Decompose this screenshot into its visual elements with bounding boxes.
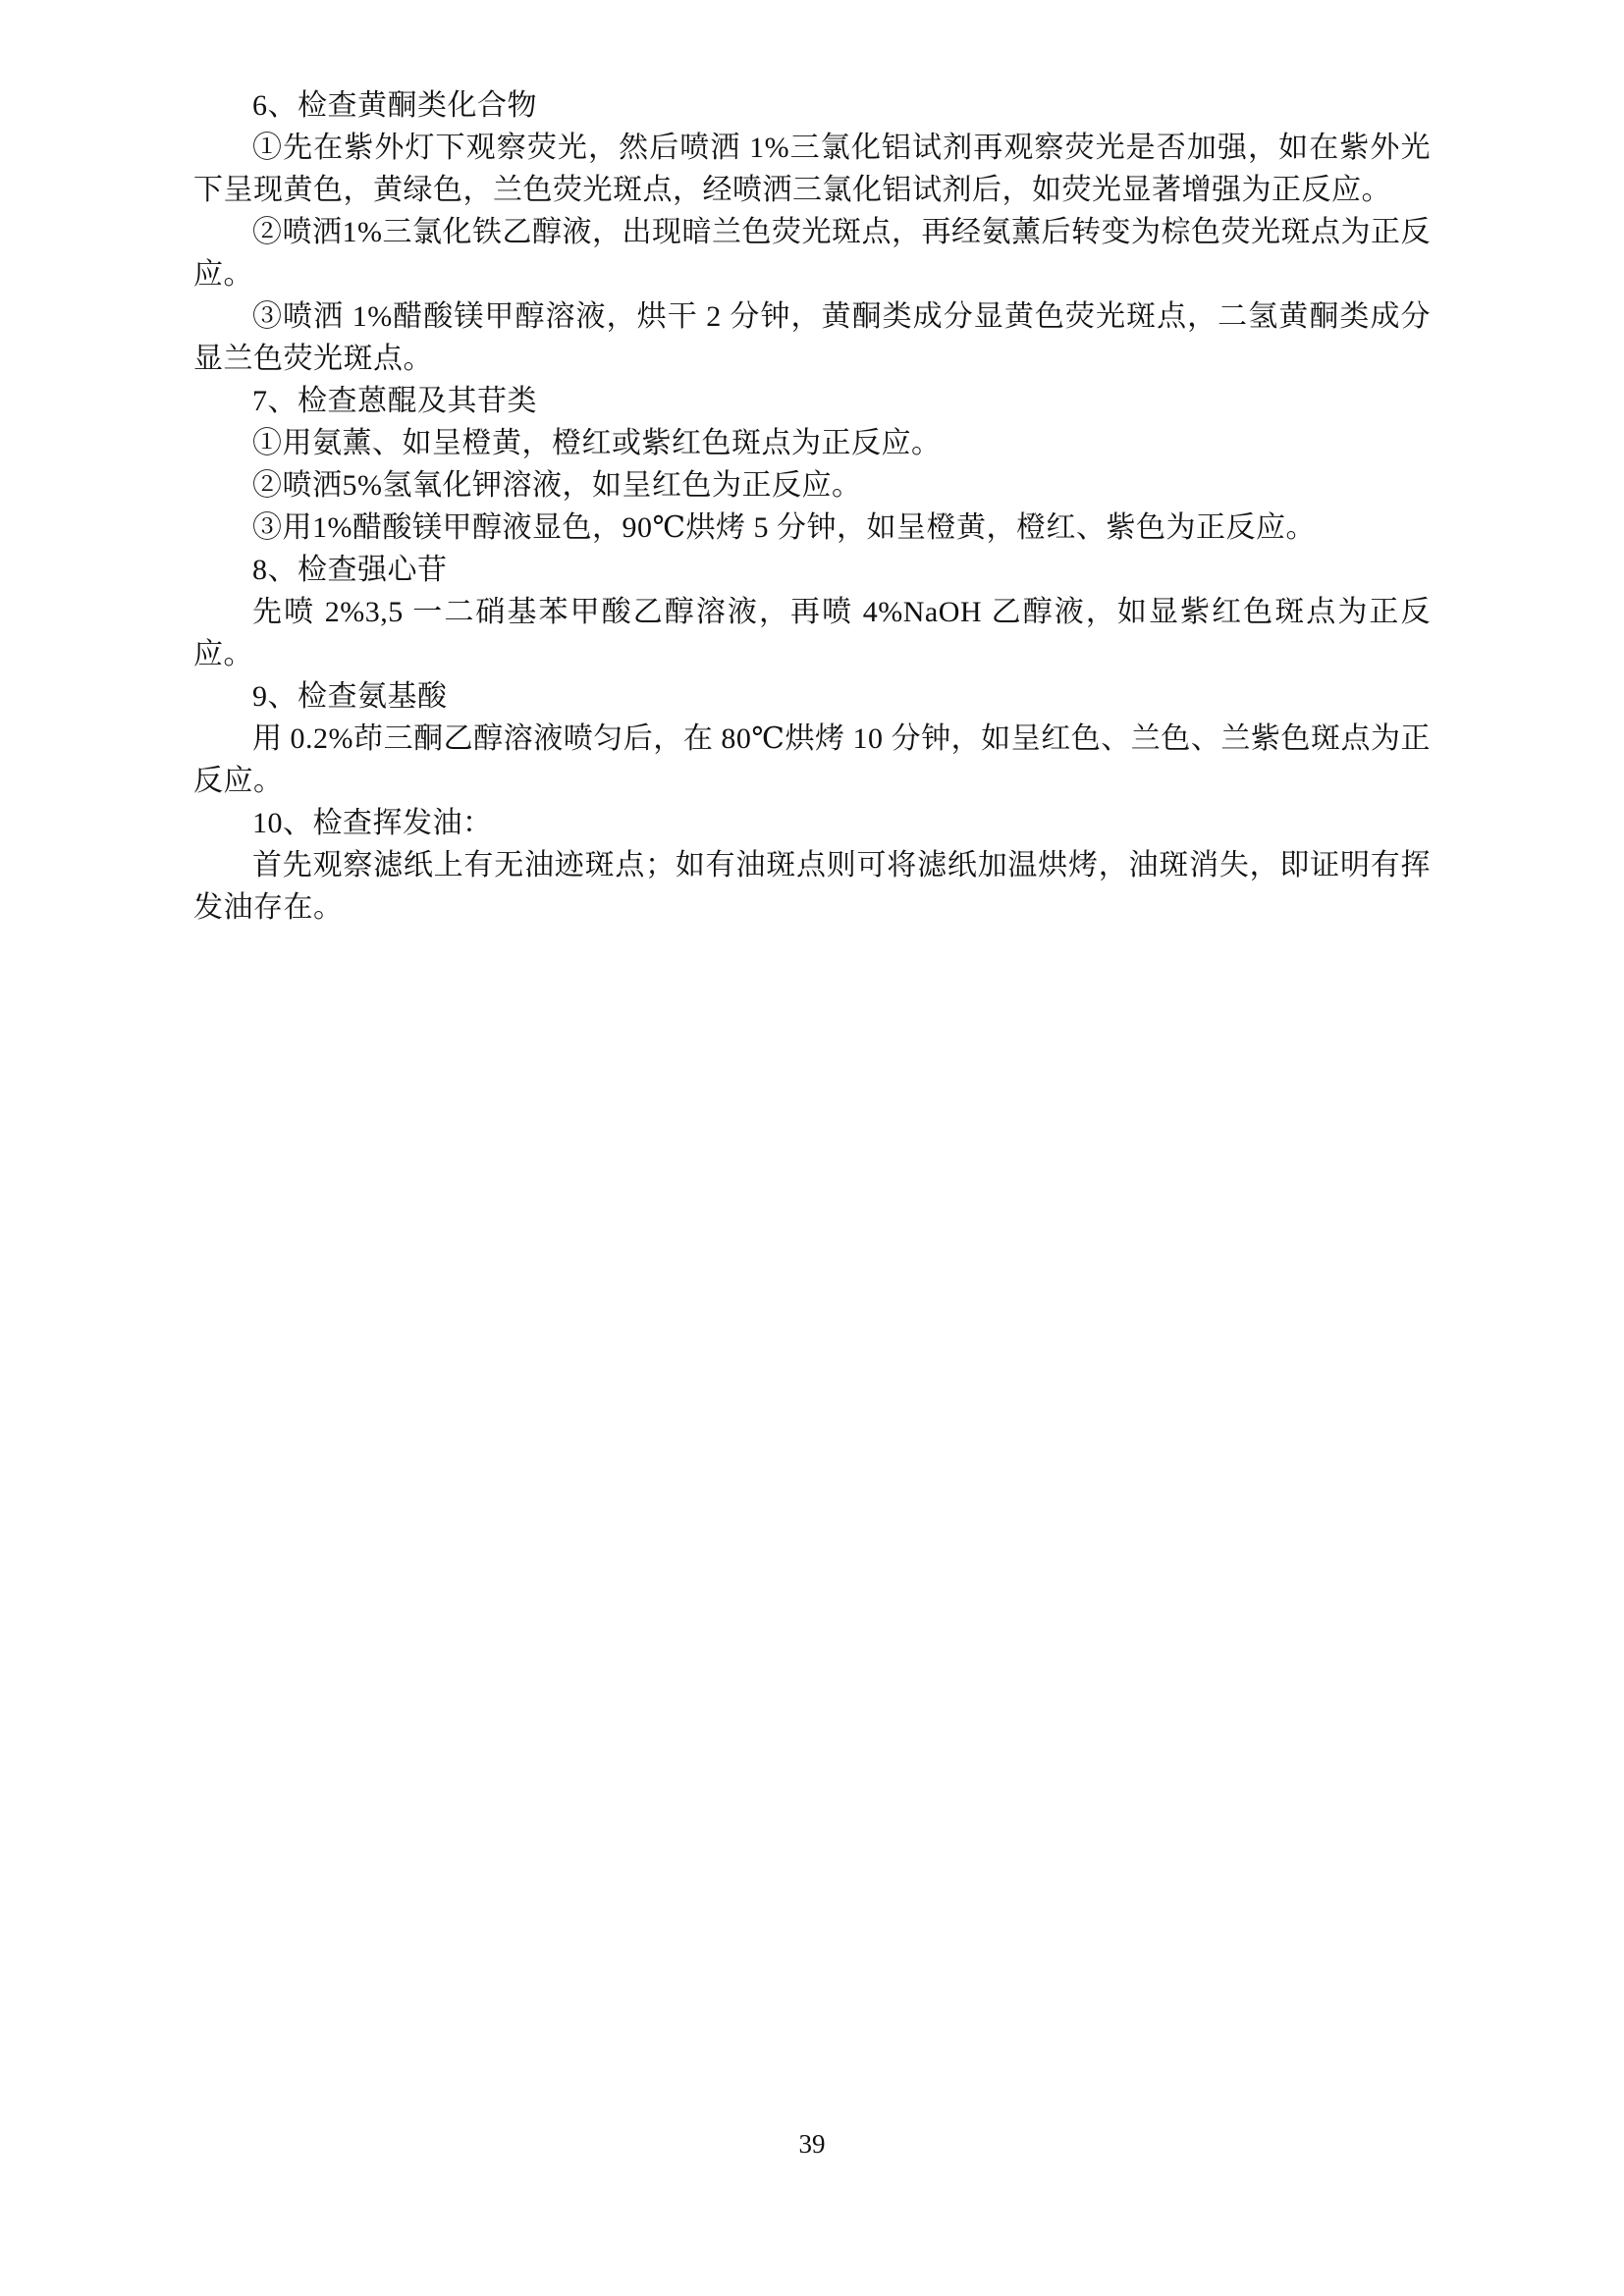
paragraph: ③喷洒 1%醋酸镁甲醇溶液，烘干 2 分钟，黄酮类成分显黄色荧光斑点，二氢黄酮类… xyxy=(193,295,1431,380)
paragraph: ①用氨薰、如呈橙黄，橙红或紫红色斑点为正反应。 xyxy=(193,422,1431,464)
paragraph: ②喷洒1%三氯化铁乙醇液，出现暗兰色荧光斑点，再经氨薰后转变为棕色荧光斑点为正反… xyxy=(193,211,1431,295)
section-heading: 7、检查蒽醌及其苷类 xyxy=(193,380,1431,422)
section-heading: 10、检查挥发油： xyxy=(193,802,1431,844)
section-heading: 9、检查氨基酸 xyxy=(193,675,1431,718)
paragraph: ③用1%醋酸镁甲醇液显色，90℃烘烤 5 分钟，如呈橙黄，橙红、紫色为正反应。 xyxy=(193,507,1431,549)
paragraph: ②喷洒5%氢氧化钾溶液，如呈红色为正反应。 xyxy=(193,464,1431,507)
paragraph: ①先在紫外灯下观察荧光，然后喷洒 1%三氯化铝试剂再观察荧光是否加强，如在紫外光… xyxy=(193,127,1431,211)
paragraph: 先喷 2%3,5 一二硝基苯甲酸乙醇溶液，再喷 4%NaOH 乙醇液，如显紫红色… xyxy=(193,591,1431,675)
document-page: 6、检查黄酮类化合物 ①先在紫外灯下观察荧光，然后喷洒 1%三氯化铝试剂再观察荧… xyxy=(0,0,1624,2296)
section-heading: 6、检查黄酮类化合物 xyxy=(193,84,1431,127)
paragraph: 首先观察滤纸上有无油迹斑点；如有油斑点则可将滤纸加温烘烤，油斑消失，即证明有挥发… xyxy=(193,844,1431,929)
page-number: 39 xyxy=(0,2128,1624,2160)
paragraph: 用 0.2%茚三酮乙醇溶液喷匀后，在 80℃烘烤 10 分钟，如呈红色、兰色、兰… xyxy=(193,718,1431,802)
document-body-text: 6、检查黄酮类化合物 ①先在紫外灯下观察荧光，然后喷洒 1%三氯化铝试剂再观察荧… xyxy=(193,84,1431,929)
section-heading: 8、检查强心苷 xyxy=(193,549,1431,591)
